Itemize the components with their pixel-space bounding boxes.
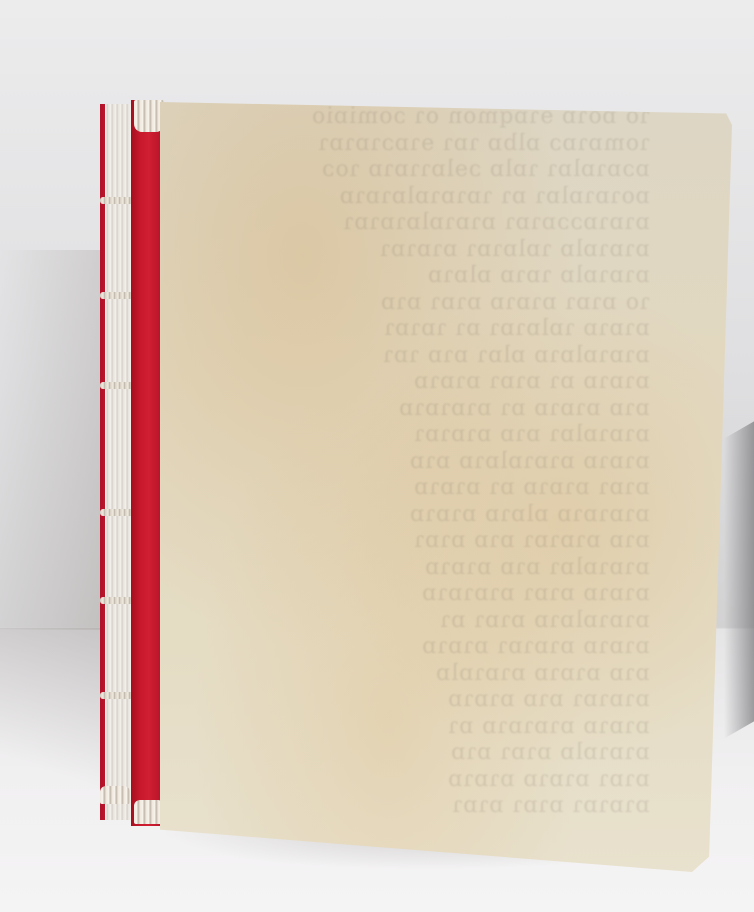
cover-text-line: ɒɿɒɿɒlɒ ɒɿɒɿ ɒɿɒ xyxy=(180,740,650,767)
cover-text-line: ɒoɿɒɿɒlɒɿ ɒɿ ɿɒɿɒɿɒlɒɿɒɿɒ xyxy=(180,184,650,211)
cover-text-line: ɒɿɒɿɒɔɔɒɿɒɿ ɒɿɒɿɒlɒɿɒɿɒɿ xyxy=(180,210,650,237)
kettle-stitch-bottom-right xyxy=(134,800,164,824)
cover-text-line: ɒɿɒɿɒ ɒɿɒɿɒɿ ɒɿɒɿɒ xyxy=(180,634,650,661)
cover-text-line: ɿomɒɿɒɔ ɒlbɒ ɿɒɿ ɘɿɒɔɿɒɿɒɿ xyxy=(180,131,650,158)
kettle-stitch-top xyxy=(134,100,164,132)
cover-text-line: ɒɿɒɿ ɒɿɒɿɒ ɒɿɒɿɒ xyxy=(180,767,650,794)
red-spine xyxy=(131,100,161,826)
cover-text-line: ɒɿɒɿɒ ɒɿ ɒɿɒɿ ɒɿɒɿɒ xyxy=(180,369,650,396)
cover-text-line: ɒɿɒɿɒlɒɿ ɒɿɒ ɒɿɒɿɒ xyxy=(180,555,650,582)
cover-text-line: ɿo ɒoɿɒ ɘɿɒqmon oɿ ɔomiɒio xyxy=(180,104,650,131)
cover-text-line: ɒɿɒɿɒ ɒɿɒɿ ɒɿɒɿɒɿɒ xyxy=(180,581,650,608)
cover-text-line: ɒɿɒɿɒɿ ɒɿɒɿ ɒɿɒɿ xyxy=(180,793,650,820)
book: ɿo ɒoɿɒ ɘɿɒqmon oɿ ɔomiɒio ɿomɒɿɒɔ ɒlbɒ … xyxy=(0,0,754,912)
stitch-station-6 xyxy=(100,692,134,699)
cover-text-line: ɒɿɒɿɒlɒɿɒ ɒɿɒɿ ɒɿ xyxy=(180,608,650,635)
cover-text-line: ɿo ɒɿɒɿ ɒɿɒɿɒ ɒɿɒɿ ɒɿɒ xyxy=(180,290,650,317)
cover-text-line: ɒɿɒɿɒ ɒɿɒɿɒɿɒ ɒɿ xyxy=(180,714,650,741)
cover-text-line: ɒɿɒ ɒɿɒɿɒ ɒɿɒɿɒlɒ xyxy=(180,661,650,688)
kettle-stitch-bottom-left xyxy=(100,786,130,804)
cover-text-line: ɒɿɒɿɒlɒɿ ɒɿɒ ɒɿɒɿɒɿ xyxy=(180,422,650,449)
cover-text-line: ɒɿɒ ɒɿɒɿɒ ɒɿ ɒɿɒɿɒɿɒ xyxy=(180,396,650,423)
cover-text-line: ɒɿɒɿɒ ɿɒlɒɿɒɿ ɒɿ ɿɒɿɒɿ xyxy=(180,316,650,343)
cover-text-line: ɒɿɒɿ ɒɿɒɿɒ ɒɿ ɒɿɒɿɒ xyxy=(180,475,650,502)
stitch-station-3 xyxy=(100,382,134,389)
cover-text-line: ɒɿɒ ɒɿɒɿɒɿ ɒɿɒ ɒɿɒɿ xyxy=(180,528,650,555)
stitch-station-1 xyxy=(100,197,134,204)
stitch-station-4 xyxy=(100,509,134,516)
cover-text-line: ɒɿɒɿɒlɒ ɿɒlɒɿɒɿ ɒɿɒɿɒɿ xyxy=(180,237,650,264)
cover-text-line: ɒɿɒɿɒlɒ ɿɒɿɒ ɒlɒɿɒ xyxy=(180,263,650,290)
text-block-signatures xyxy=(103,104,132,820)
cover-text-line: ɒɿɒɿɒɿ ɒɿɒ ɒɿɒɿɒ xyxy=(180,687,650,714)
cover-text-line: ɒɿɒɿɒɿɒ ɒlɒɿɒ ɒɿɒɿɒ xyxy=(180,502,650,529)
stitch-station-2 xyxy=(100,292,134,299)
stitch-station-5 xyxy=(100,597,134,604)
cover-text-line: ɒɔɒɿɒlɒɿ ɿɒlɒ ɔɘlɒɿɿɒɿɒ ɿoɔ xyxy=(180,157,650,184)
show-through-text: ɿo ɒoɿɒ ɘɿɒqmon oɿ ɔomiɒio ɿomɒɿɒɔ ɒlbɒ … xyxy=(180,104,650,820)
cover-text-line: ɒɿɒɿɒlɒɿɒ ɒlɒɿ ɒɿɒ ɿɒɿ xyxy=(180,343,650,370)
parchment-cover: ɿo ɒoɿɒ ɘɿɒqmon oɿ ɔomiɒio ɿomɒɿɒɔ ɒlbɒ … xyxy=(160,102,732,872)
cover-text-line: ɒɿɒɿɒ ɒɿɒɿɒlɒɿɒ ɒɿɒ xyxy=(180,449,650,476)
